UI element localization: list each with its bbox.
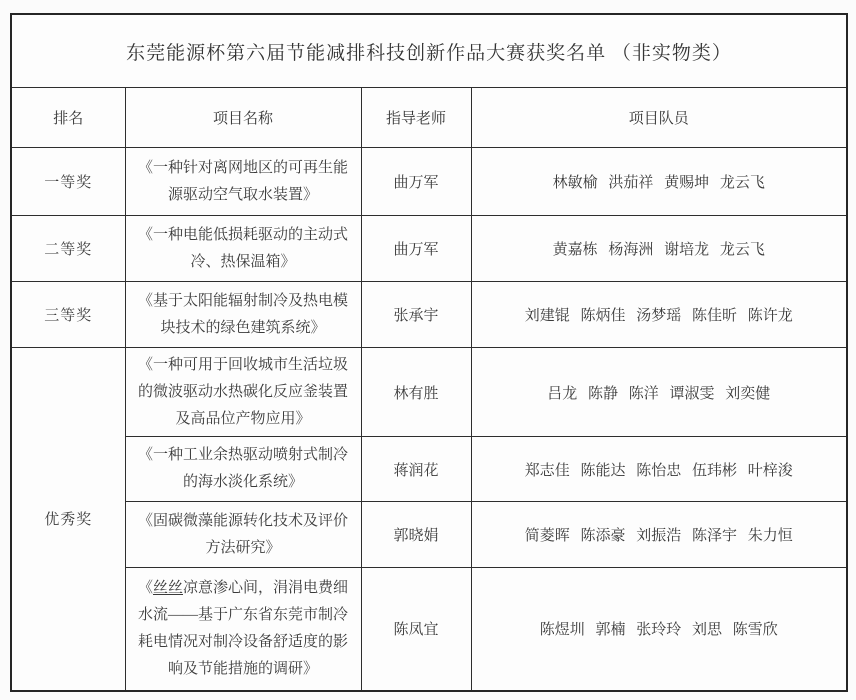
rank-cell: 一等奖: [11, 148, 125, 216]
teacher-cell: 蒋润花: [361, 437, 471, 502]
members-cell: 郑志佳 陈能达 陈怡忠 伍玮彬 叶梓浚: [471, 437, 847, 502]
project-name-cell: 《一种工业余热驱动喷射式制冷的海水淡化系统》: [125, 437, 361, 502]
column-header-teacher: 指导老师: [361, 88, 471, 148]
rank-cell: 三等奖: [11, 282, 125, 348]
teacher-cell: 张承宇: [361, 282, 471, 348]
rank-cell: 优秀奖: [11, 348, 125, 691]
project-name-cell: 《丝丝凉意渗心间，涓涓电费细水流——基于广东省东莞市制冷耗电情况对制冷设备舒适度…: [125, 568, 361, 691]
teacher-cell: 曲万军: [361, 148, 471, 216]
project-name-cell: 《一种针对离网地区的可再生能源驱动空气取水装置》: [125, 148, 361, 216]
members-cell: 简菱晖 陈添豪 刘振浩 陈泽宇 朱力恒: [471, 502, 847, 568]
table-row: 二等奖《一种电能低损耗驱动的主动式冷、热保温箱》曲万军黄嘉栋 杨海洲 谢培龙 龙…: [11, 216, 847, 282]
table-row: 《固碳微藻能源转化技术及评价方法研究》郭晓娟简菱晖 陈添豪 刘振浩 陈泽宇 朱力…: [11, 502, 847, 568]
teacher-cell: 陈凤宜: [361, 568, 471, 691]
project-name-cell: 《基于太阳能辐射制冷及热电模块技术的绿色建筑系统》: [125, 282, 361, 348]
members-cell: 吕龙 陈静 陈洋 谭淑雯 刘奕健: [471, 348, 847, 437]
members-cell: 黄嘉栋 杨海洲 谢培龙 龙云飞: [471, 216, 847, 282]
members-cell: 陈煜圳 郭楠 张玲玲 刘思 陈雪欣: [471, 568, 847, 691]
project-name-cell: 《一种电能低损耗驱动的主动式冷、热保温箱》: [125, 216, 361, 282]
teacher-cell: 曲万军: [361, 216, 471, 282]
table-row: 三等奖《基于太阳能辐射制冷及热电模块技术的绿色建筑系统》张承宇刘建锟 陈炳佳 汤…: [11, 282, 847, 348]
awards-table: 东莞能源杯第六届节能减排科技创新作品大赛获奖名单 （非实物类） 排名 项目名称 …: [10, 13, 848, 692]
column-header-members: 项目队员: [471, 88, 847, 148]
table-row: 优秀奖《一种可用于回收城市生活垃圾的微波驱动水热碳化反应釜装置及高品位产物应用》…: [11, 348, 847, 437]
title-row: 东莞能源杯第六届节能减排科技创新作品大赛获奖名单 （非实物类）: [11, 14, 847, 88]
column-header-project-name: 项目名称: [125, 88, 361, 148]
members-cell: 刘建锟 陈炳佳 汤梦瑶 陈佳昕 陈许龙: [471, 282, 847, 348]
table-row: 《一种工业余热驱动喷射式制冷的海水淡化系统》蒋润花郑志佳 陈能达 陈怡忠 伍玮彬…: [11, 437, 847, 502]
table-row: 一等奖《一种针对离网地区的可再生能源驱动空气取水装置》曲万军林敏榆 洪茄祥 黄赐…: [11, 148, 847, 216]
project-name-cell: 《固碳微藻能源转化技术及评价方法研究》: [125, 502, 361, 568]
table-row: 《丝丝凉意渗心间，涓涓电费细水流——基于广东省东莞市制冷耗电情况对制冷设备舒适度…: [11, 568, 847, 691]
header-row: 排名 项目名称 指导老师 项目队员: [11, 88, 847, 148]
rank-cell: 二等奖: [11, 216, 125, 282]
members-cell: 林敏榆 洪茄祥 黄赐坤 龙云飞: [471, 148, 847, 216]
document-sheet: 东莞能源杯第六届节能减排科技创新作品大赛获奖名单 （非实物类） 排名 项目名称 …: [0, 0, 856, 700]
table-title: 东莞能源杯第六届节能减排科技创新作品大赛获奖名单 （非实物类）: [11, 14, 847, 88]
awards-table-body: 一等奖《一种针对离网地区的可再生能源驱动空气取水装置》曲万军林敏榆 洪茄祥 黄赐…: [11, 148, 847, 691]
teacher-cell: 林有胜: [361, 348, 471, 437]
column-header-rank: 排名: [11, 88, 125, 148]
project-name-cell: 《一种可用于回收城市生活垃圾的微波驱动水热碳化反应釜装置及高品位产物应用》: [125, 348, 361, 437]
teacher-cell: 郭晓娟: [361, 502, 471, 568]
